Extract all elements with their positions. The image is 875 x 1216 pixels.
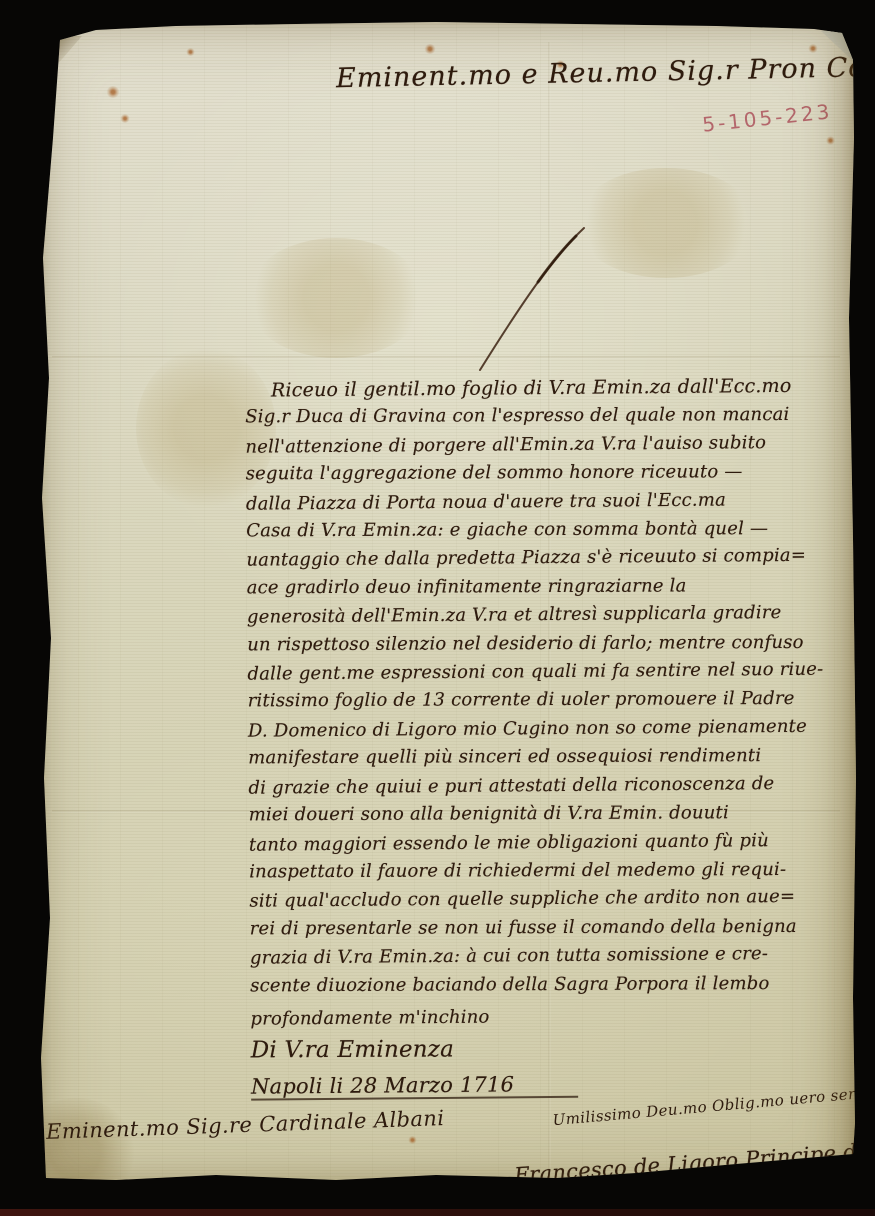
body-line: uantaggio che dalla predetta Piazza s'è … [246, 542, 858, 576]
addressee-line: Eminent.mo Sig.re Cardinale Albani [46, 1108, 387, 1144]
stain [106, 86, 120, 98]
curled-corner-icon [56, 36, 82, 66]
body-line: generosità dell'Emin.za V.ra et altresì … [247, 599, 859, 633]
body-line: siti qual'accludo con quelle suppliche c… [249, 883, 861, 917]
stain [808, 44, 818, 53]
stain [120, 114, 130, 123]
stain [424, 44, 436, 54]
body-line: D. Domenico di Ligoro mio Cugino non so … [248, 712, 860, 746]
stain [16, 1098, 136, 1208]
body-line: seguita l'aggregazione del sommo honore … [246, 458, 858, 489]
body-line: scente diuozione baciando della Sagra Po… [250, 969, 862, 1000]
body-line: Sig.r Duca di Gravina con l'espresso del… [245, 401, 857, 432]
body-line: dalla Piazza di Porta noua d'auere tra s… [246, 485, 858, 519]
body-line: un rispettoso silenzio nel desiderio di … [247, 628, 859, 659]
stain [408, 1136, 417, 1144]
manuscript-page: Eminent.mo e Reu.mo Sig.r Pron Col.mo: 5… [36, 18, 856, 1198]
body-line: inaspettato il fauore di richiedermi del… [249, 856, 861, 887]
dateline-text: Napoli li 28 Marzo 1716 [251, 1072, 578, 1101]
ink-stroke [472, 224, 592, 374]
salutation-line: Eminent.mo e Reu.mo Sig.r Pron Col.mo: [336, 53, 837, 94]
body-line: ritissimo foglio de 13 corrente di uoler… [248, 685, 860, 716]
stain [186, 48, 195, 56]
valediction-line: profondamente m'inchino [250, 1000, 862, 1034]
body-line: ace gradirlo deuo infinitamente ringrazi… [247, 572, 859, 603]
scan-background: Eminent.mo e Reu.mo Sig.r Pron Col.mo: 5… [0, 0, 875, 1216]
letter-body: Riceuo il gentil.mo foglio di V.ra Emin.… [245, 371, 863, 1100]
stain [246, 238, 426, 358]
body-line: di grazie che quiui e puri attestati del… [248, 769, 860, 803]
body-line: rei di presentarle se non ui fusse il co… [250, 912, 862, 943]
fold-crease-horizontal [52, 356, 839, 359]
body-line: Riceuo il gentil.mo foglio di V.ra Emin.… [245, 371, 857, 405]
valediction-line: Di V.ra Eminenza [251, 1034, 863, 1065]
signature-text: Francesco de Ligoro Principe di Presicce [514, 1132, 875, 1187]
body-line: nell'attenzione di porgere all'Emin.za V… [245, 428, 857, 462]
signature: Francesco de Ligoro Principe di Presicce [514, 1136, 875, 1188]
scanner-edge-strip [0, 1209, 875, 1216]
body-line: miei doueri sono alla benignità di V.ra … [249, 799, 861, 830]
archival-number: 5-105-223 [701, 99, 833, 137]
stain [826, 136, 835, 145]
body-line: manifestare quelli più sinceri ed ossequ… [248, 742, 860, 773]
body-line: Casa di V.ra Emin.za: e giache con somma… [246, 515, 858, 546]
stain [576, 168, 756, 278]
body-line: tanto maggiori essendo le mie obligazion… [249, 826, 861, 860]
body-line: grazia di V.ra Emin.za: à cui con tutta … [250, 939, 862, 973]
